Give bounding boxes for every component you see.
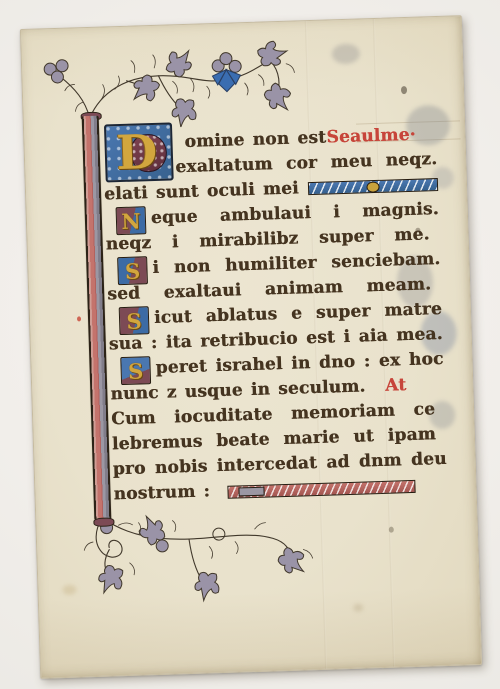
manuscript-photo: { "photo": { "backdrop_color": "#f2f0ec"… xyxy=(0,0,500,689)
versal-initial: N xyxy=(116,206,147,235)
antiphon-marker: At xyxy=(385,374,407,398)
illuminated-initial-d: D xyxy=(104,122,174,182)
text-line: omine non est xyxy=(184,127,326,155)
top-vine-decoration xyxy=(29,37,312,132)
gray-segment xyxy=(238,487,264,497)
versal-initial: S xyxy=(119,306,150,335)
ink-speck xyxy=(389,527,394,533)
rubric: Seaulme· xyxy=(326,124,416,151)
blue-line-filler xyxy=(308,178,438,195)
gold-ball-ornament xyxy=(366,181,379,192)
parchment-leaf: D Seaulme· omine non est exaltatum cor m… xyxy=(20,15,482,679)
red-speck xyxy=(77,316,81,321)
initial-letter: D xyxy=(116,128,158,176)
text-line: nostrum : xyxy=(113,480,210,507)
versal-initial: S xyxy=(120,356,151,385)
stain xyxy=(332,43,361,64)
versal-initial: S xyxy=(117,256,148,285)
ink-speck xyxy=(401,86,407,94)
stain xyxy=(353,604,363,612)
bar-bottom-knob xyxy=(93,517,114,527)
